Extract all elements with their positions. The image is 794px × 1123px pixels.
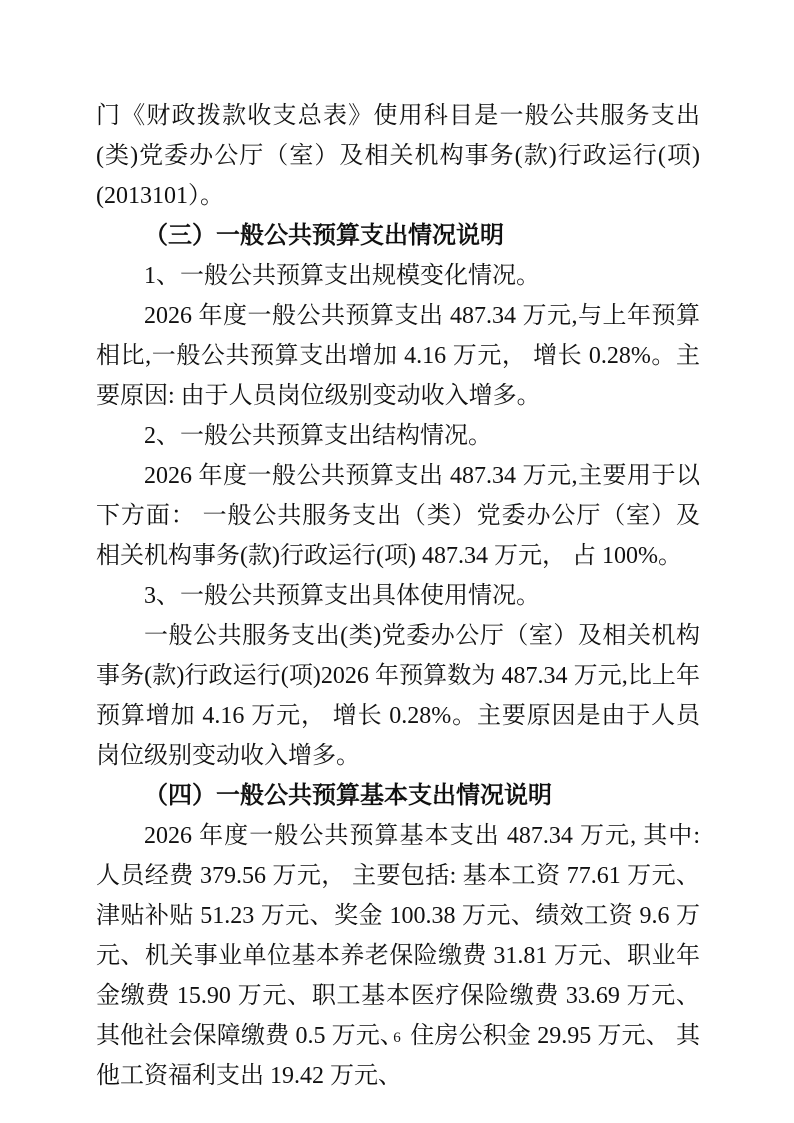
section-heading-3: （三）一般公共预算支出情况说明 [96, 216, 700, 256]
paragraph-item-2-body: 2026 年度一般公共预算支出 487.34 万元,主要用于以下方面： 一般公共… [96, 456, 700, 576]
paragraph-item-3-title: 3、一般公共预算支出具体使用情况。 [96, 576, 700, 616]
paragraph-item-3-body: 一般公共服务支出(类)党委办公厅（室）及相关机构事务(款)行政运行(项)2026… [96, 616, 700, 776]
page-number: 6 [0, 1030, 794, 1047]
paragraph-item-1-title: 1、一般公共预算支出规模变化情况。 [96, 256, 700, 296]
paragraph-continuation: 门《财政拨款收支总表》使用科目是一般公共服务支出(类)党委办公厅（室）及相关机构… [96, 96, 700, 216]
section-heading-4: （四）一般公共预算基本支出情况说明 [96, 776, 700, 816]
document-body: 门《财政拨款收支总表》使用科目是一般公共服务支出(类)党委办公厅（室）及相关机构… [96, 96, 700, 1096]
document-page: 门《财政拨款收支总表》使用科目是一般公共服务支出(类)党委办公厅（室）及相关机构… [0, 0, 794, 1123]
paragraph-item-2-title: 2、一般公共预算支出结构情况。 [96, 416, 700, 456]
paragraph-section-4-body: 2026 年度一般公共预算基本支出 487.34 万元, 其中: 人员经费 37… [96, 816, 700, 1096]
paragraph-item-1-body: 2026 年度一般公共预算支出 487.34 万元,与上年预算相比,一般公共预算… [96, 296, 700, 416]
